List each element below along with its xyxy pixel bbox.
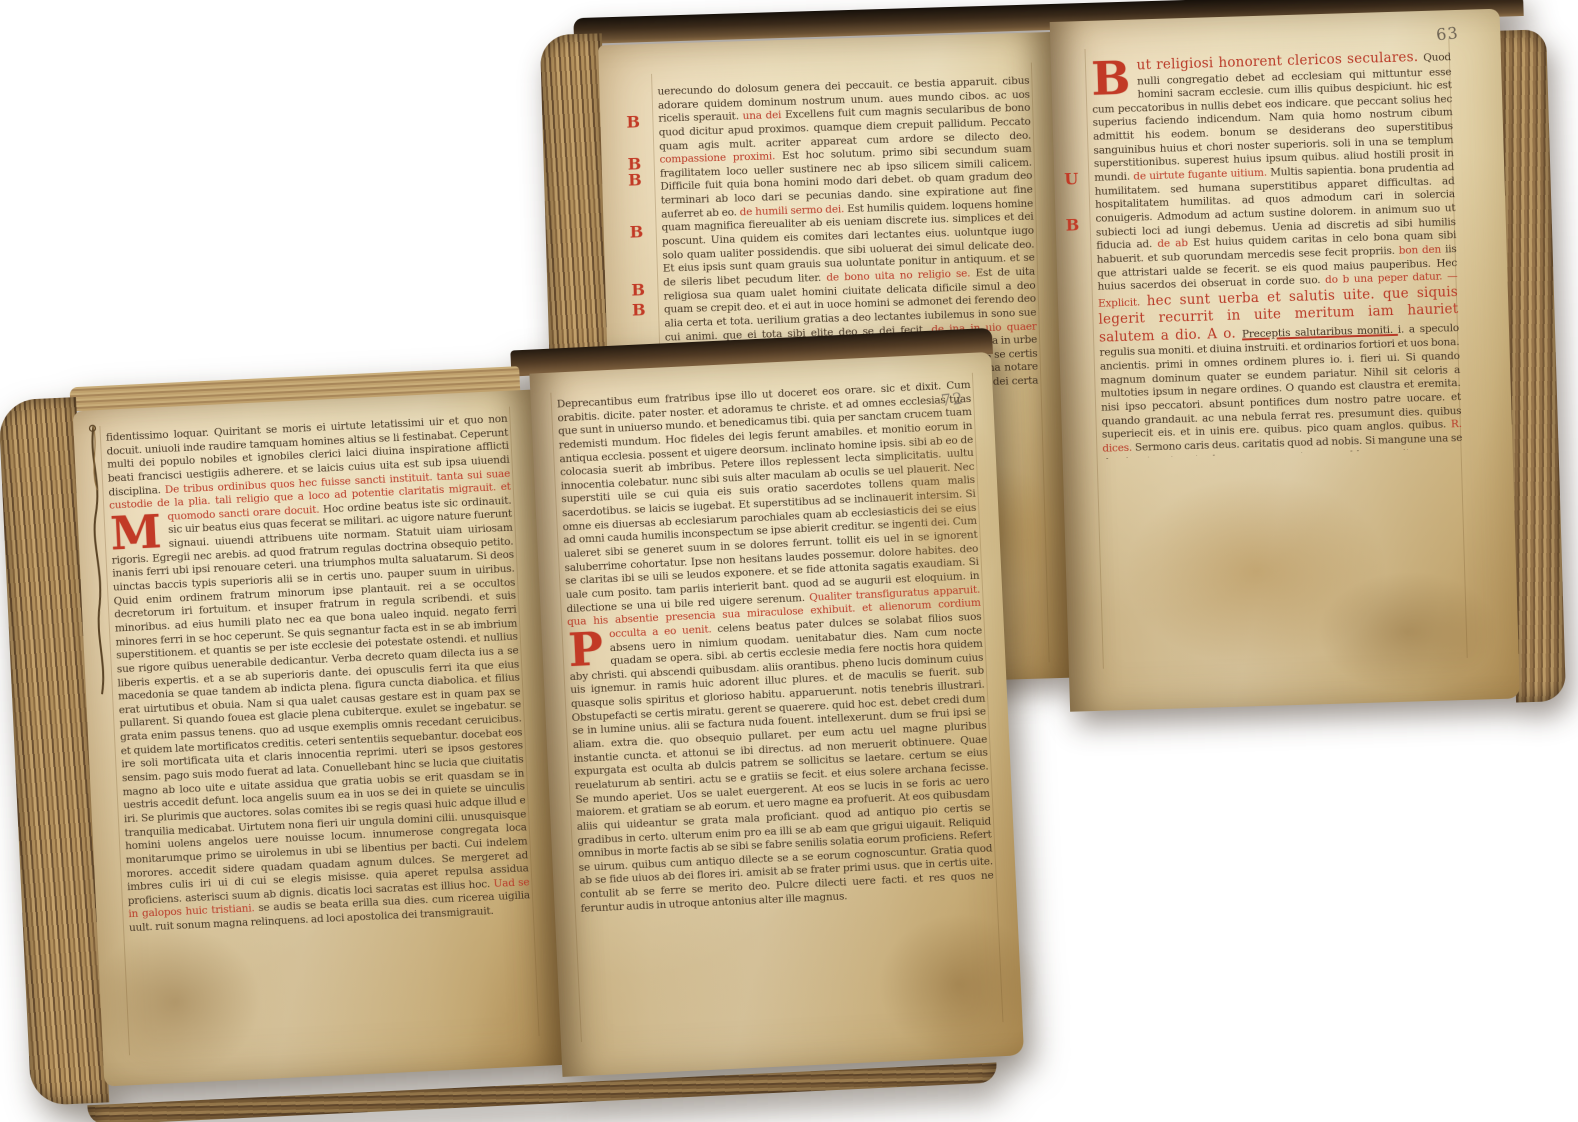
illuminated-initial: M <box>110 514 162 552</box>
marginal-initial-B: B <box>628 172 642 188</box>
illuminated-initial: B <box>1091 61 1131 98</box>
top-book-right-page: 63 UB ut religiosi honorent clericos sec… <box>1050 9 1520 712</box>
folio-number: 63 <box>1435 23 1459 44</box>
body-text: Hoc ordine beatus iste sic ordinauit. si… <box>111 495 529 907</box>
rubric-text: una dei <box>742 109 785 122</box>
stain <box>1316 569 1499 694</box>
rubric-text: de ab <box>1157 237 1193 250</box>
body-text: Deprecantibus eum fratribus ipse illo ut… <box>557 379 980 615</box>
marginal-initial-B: B <box>629 224 643 240</box>
bottom-book-right-page: 72 Deprecantibus eum fratribus ipse illo… <box>529 352 1024 1077</box>
body-text: Preceptis salutaribus moniti. <box>1242 324 1398 341</box>
marginal-initial-B: B <box>626 114 640 130</box>
rubric-text: de humili sermo dei. <box>740 203 848 218</box>
marginal-initial-B: B <box>632 302 646 318</box>
illuminated-initial: P <box>568 631 604 668</box>
marginal-initial-U: U <box>1064 171 1078 187</box>
manuscript-photo-canvas: { "meta": { "description": "Photograph o… <box>0 0 1578 1122</box>
manuscript-text-block: ut religiosi honorent clericos seculares… <box>1091 48 1463 459</box>
body-text: celens beatus pater dulces se solabat fi… <box>569 611 993 915</box>
rubric-text: bon den <box>1399 243 1446 256</box>
bottom-book-left-page: fidentissimo loquar. Quiritant se moris … <box>73 390 562 1087</box>
bottom-manuscript-book: fidentissimo loquar. Quiritant se moris … <box>0 322 1065 1122</box>
manuscript-text-block: fidentissimo loquar. Quiritant se moris … <box>106 413 537 1065</box>
manuscript-text-block: Deprecantibus eum fratribus ipse illo ut… <box>557 379 1001 1048</box>
marginal-initial-B: B <box>631 282 645 298</box>
stain <box>1123 472 1389 670</box>
marginal-initial-B: B <box>1065 217 1079 233</box>
